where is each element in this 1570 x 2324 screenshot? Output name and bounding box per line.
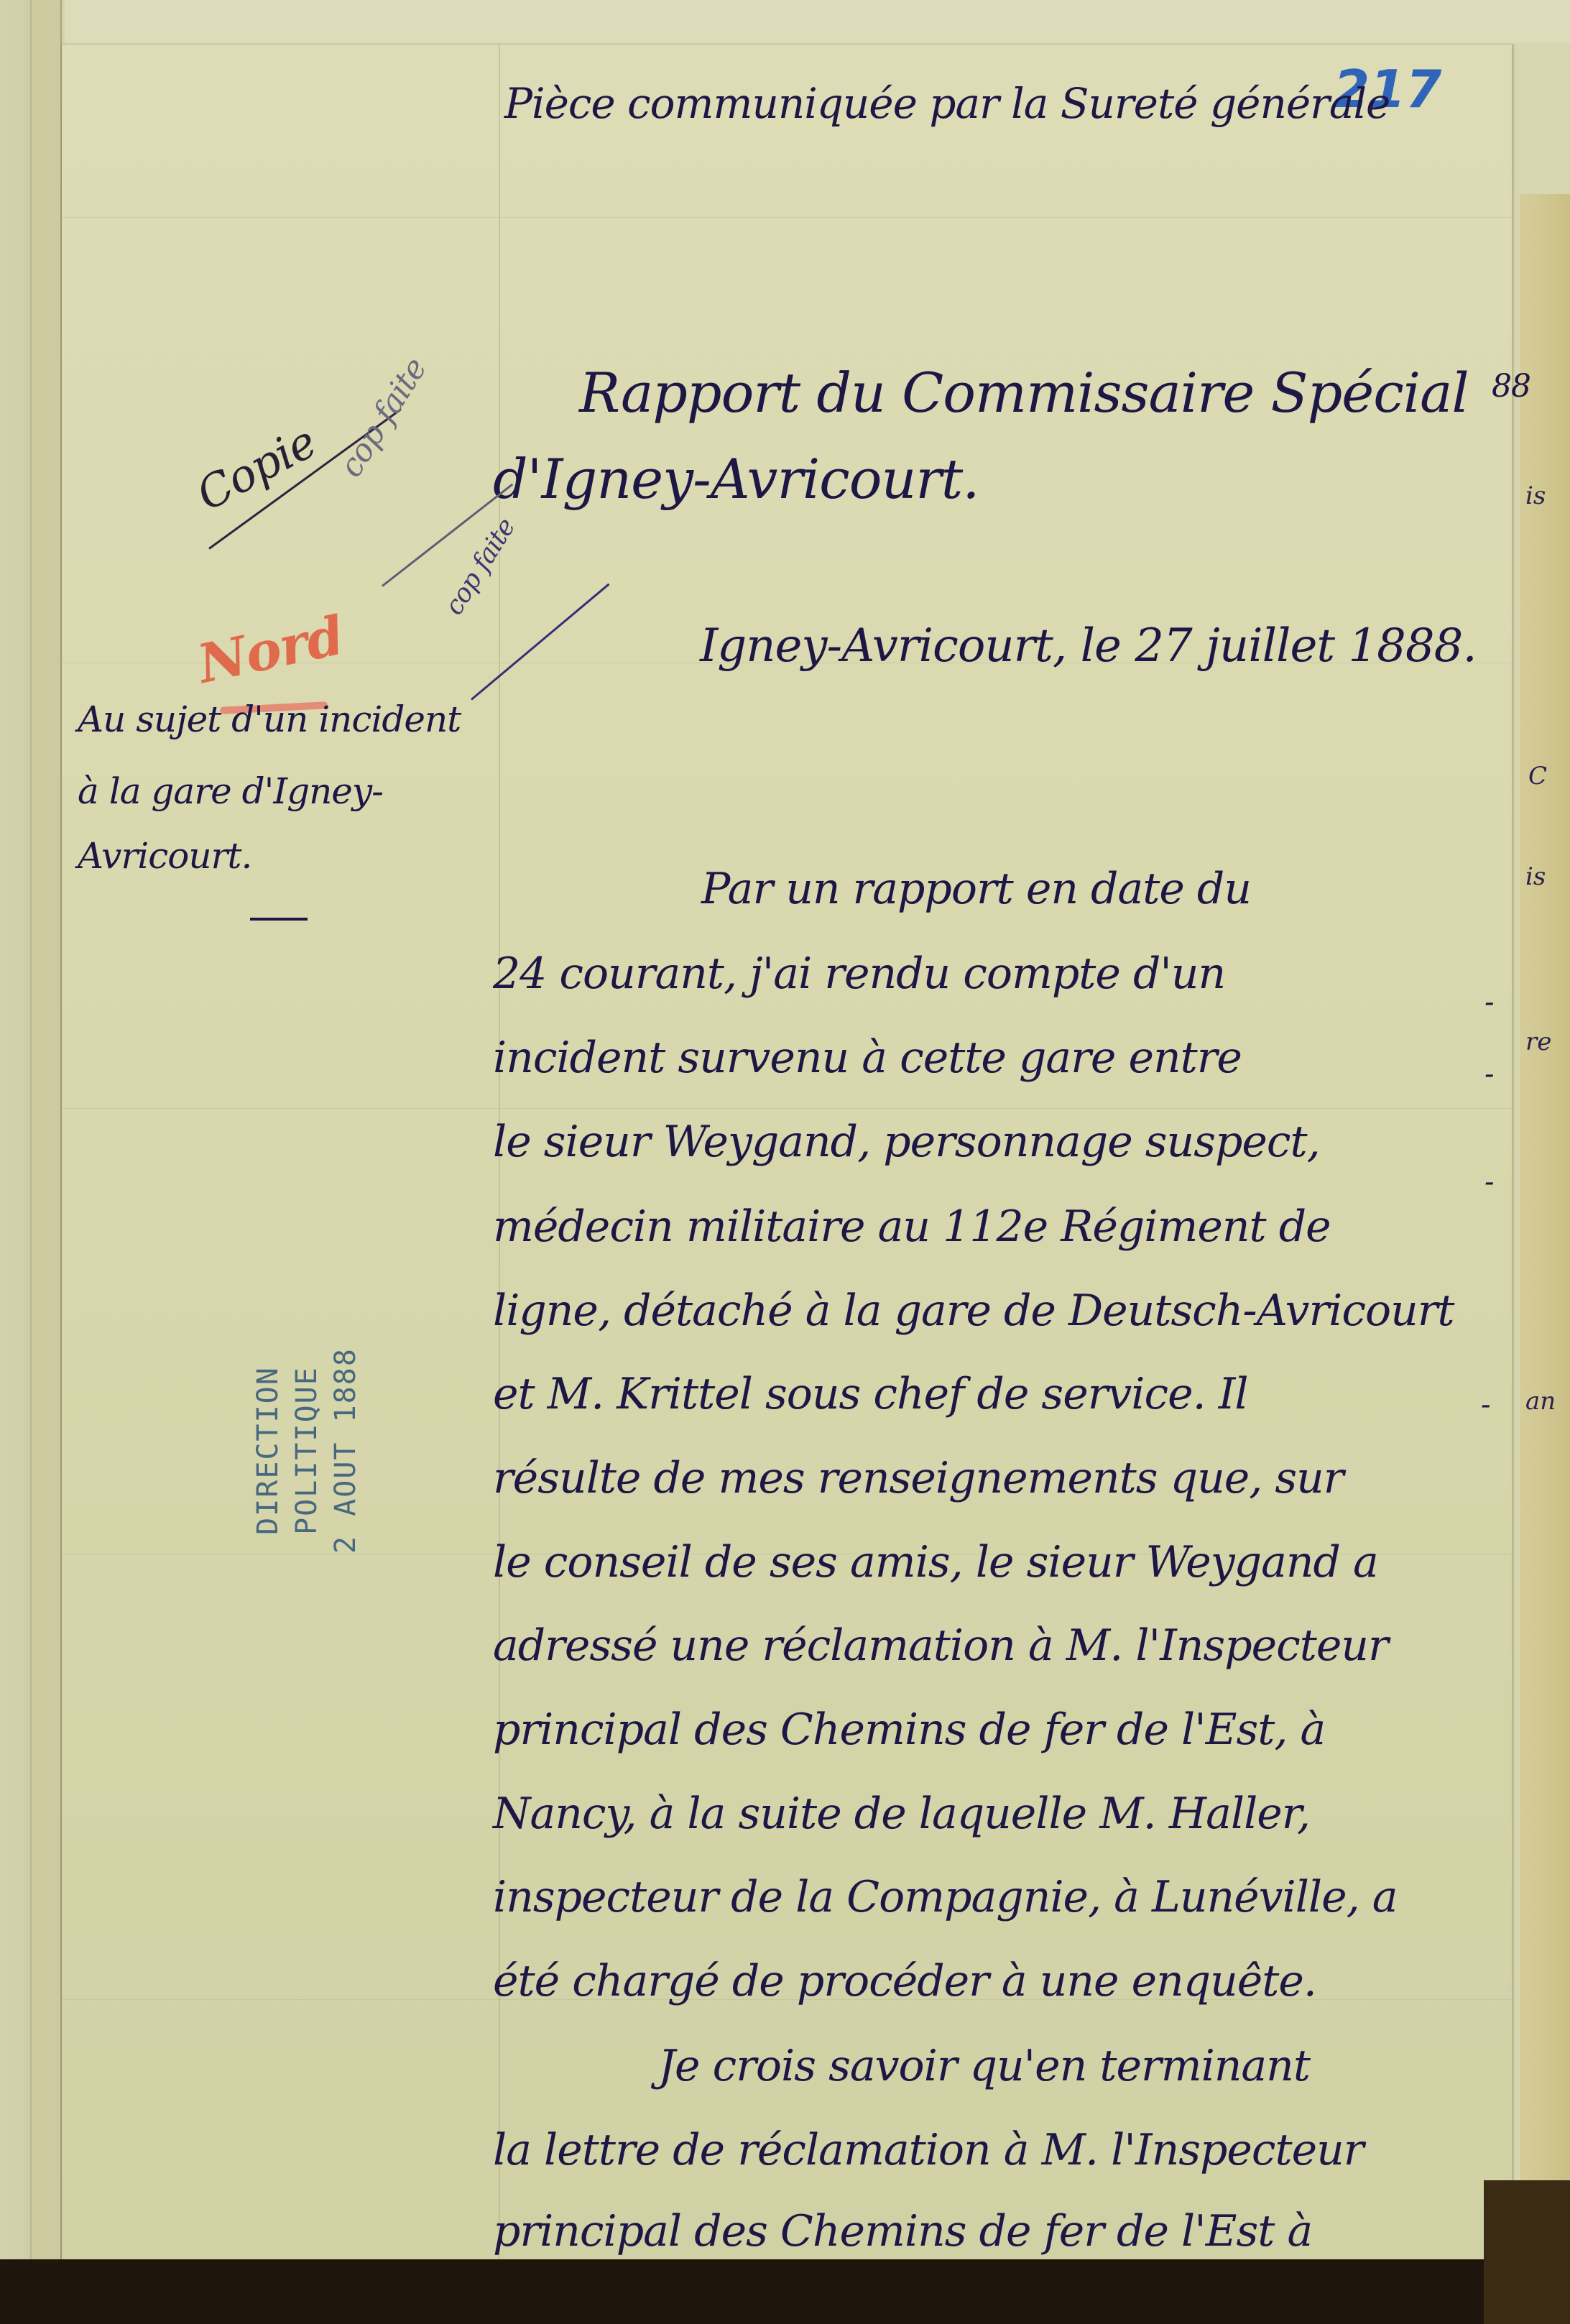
subject-line: Avricourt. <box>78 835 251 877</box>
stamp-line: 2 AOUT 1888 <box>326 1347 365 1554</box>
right-sheet-fragment: an <box>1525 1387 1556 1416</box>
report-title-line2: d'Igney-Avricourt. <box>493 447 979 511</box>
stamp-line: POLITIQUE <box>287 1347 326 1554</box>
right-sheet-fragment: C <box>1528 762 1547 790</box>
annotation-nord-red: Nord <box>193 605 348 696</box>
edge-mark: - <box>1481 1388 1491 1421</box>
cop-faite-ink-underline <box>471 584 609 701</box>
body-line: médecin militaire au 112e Régiment de <box>493 1202 1331 1252</box>
body-line: Nancy, à la suite de laquelle M. Haller, <box>493 1789 1310 1839</box>
body-line: été chargé de procéder à une enquête. <box>493 1956 1316 2006</box>
body-line: principal des Chemins de fer de l'Est, à <box>493 1705 1325 1755</box>
edge-mark: - <box>1484 1166 1495 1199</box>
dateline: Igney-Avricourt, le 27 juillet 1888. <box>700 619 1477 673</box>
stamp-line: DIRECTION <box>249 1347 287 1554</box>
right-sheet-fragment: re <box>1525 1028 1551 1056</box>
folder-binding-strip <box>30 0 62 2324</box>
body-line: et M. Krittel sous chef de service. Il <box>493 1369 1248 1419</box>
body-line: ligne, détaché à la gare de Deutsch-Avri… <box>493 1286 1454 1336</box>
title-edge-fragment: 88 <box>1492 368 1530 405</box>
table-surface-corner <box>1484 2180 1570 2324</box>
annotation-copie: Copie <box>188 415 325 521</box>
subject-line: à la gare d'Igney- <box>78 770 383 812</box>
direction-politique-stamp: DIRECTION POLITIQUE 2 AOUT 1888 <box>249 1347 365 1554</box>
ruled-line <box>62 217 1513 218</box>
right-sheet-fragment: is <box>1525 862 1546 891</box>
body-line: incident survenu à cette gare entre <box>493 1033 1242 1083</box>
subject-line: Au sujet d'un incident <box>78 698 461 740</box>
background-top-sheet <box>65 0 1570 43</box>
handwritten-report-page: 217 Pièce communiquée par la Sureté géné… <box>62 45 1513 2265</box>
body-line: la lettre de réclamation à M. l'Inspecte… <box>493 2125 1363 2175</box>
body-line: le sieur Weygand, personnage suspect, <box>493 1117 1320 1167</box>
underlying-right-sheet: is C is re an <box>1520 194 1570 2206</box>
body-line: Par un rapport en date du <box>701 864 1251 914</box>
body-line: résulte de mes renseignements que, sur <box>493 1453 1343 1503</box>
body-line: Je crois savoir qu'en terminant <box>658 2041 1310 2091</box>
body-line: adressé une réclamation à M. l'Inspecteu… <box>493 1620 1388 1671</box>
report-title-line1: Rapport du Commissaire Spécial <box>579 361 1469 425</box>
header-note: Pièce communiquée par la Sureté générale <box>504 79 1390 128</box>
right-sheet-fragment: is <box>1525 481 1546 510</box>
body-line: inspecteur de la Compagnie, à Lunéville,… <box>493 1872 1398 1922</box>
annotation-cop-faite-pencil: cop faite <box>333 351 434 484</box>
edge-mark: - <box>1484 986 1495 1019</box>
body-line: le conseil de ses amis, le sieur Weygand… <box>493 1537 1378 1587</box>
body-line: 24 courant, j'ai rendu compte d'un <box>493 949 1225 999</box>
subject-separator <box>250 918 308 921</box>
table-surface-shadow <box>0 2259 1570 2324</box>
ruled-line <box>62 1108 1513 1109</box>
body-line: principal des Chemins de fer de l'Est à <box>493 2206 1312 2256</box>
edge-mark: - <box>1484 1058 1495 1091</box>
